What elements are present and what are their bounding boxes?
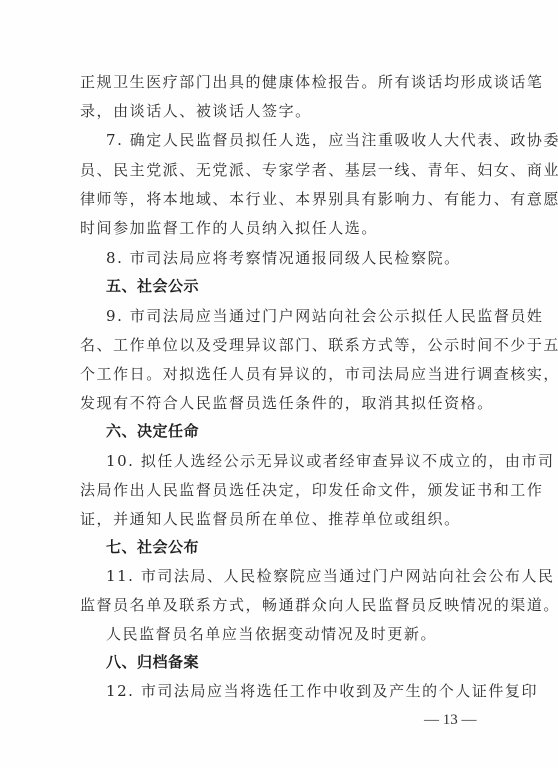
section-heading-5: 五、社会公示 — [106, 276, 482, 296]
paragraph-12-start: 12. 市司法局应当将选任工作中收到及产生的个人证件复印 — [106, 681, 482, 701]
paragraph-10-start: 10. 拟任人选经公示无异议或者经审查异议不成立的，由市司 — [106, 451, 482, 471]
body-line: 录，由谈话人、被谈话人签字。 — [80, 101, 482, 121]
body-line: 正规卫生医疗部门出具的健康体检报告。所有谈话均形成谈话笔 — [80, 72, 482, 92]
paragraph-update: 人民监督员名单应当依据变动情况及时更新。 — [106, 624, 482, 644]
document-page: 正规卫生医疗部门出具的健康体检报告。所有谈话均形成谈话笔 录，由谈话人、被谈话人… — [0, 0, 558, 768]
body-line: 时间参加监督工作的人员纳入拟任人选。 — [80, 218, 482, 238]
page-number: — 13 — — [424, 710, 477, 730]
body-line: 法局作出人民监督员选任决定，印发任命文件，颁发证书和工作 — [80, 480, 482, 500]
body-line: 律师等，将本地域、本行业、本界别具有影响力、有能力、有意愿、有 — [80, 189, 482, 209]
body-line: 发现有不符合人民监督员选任条件的，取消其拟任资格。 — [80, 393, 482, 413]
body-line: 证，并通知人民监督员所在单位、推荐单位或组织。 — [80, 509, 482, 529]
section-heading-8: 八、归档备案 — [106, 652, 482, 672]
body-line: 监督员名单及联系方式，畅通群众向人民监督员反映情况的渠道。 — [80, 595, 482, 615]
section-heading-6: 六、决定任命 — [106, 421, 482, 441]
paragraph-7-start: 7. 确定人民监督员拟任人选，应当注重吸收人大代表、政协委 — [106, 130, 482, 150]
paragraph-11-start: 11. 市司法局、人民检察院应当通过门户网站向社会公布人民 — [106, 566, 482, 586]
body-line: 名、工作单位以及受理异议部门、联系方式等，公示时间不少于五 — [80, 335, 482, 355]
paragraph-8: 8. 市司法局应将考察情况通报同级人民检察院。 — [106, 248, 482, 268]
body-line: 个工作日。对拟选任人员有异议的，市司法局应当进行调查核实， — [80, 364, 482, 384]
paragraph-9-start: 9. 市司法局应当通过门户网站向社会公示拟任人民监督员姓 — [106, 306, 482, 326]
section-heading-7: 七、社会公布 — [106, 537, 482, 557]
body-line: 员、民主党派、无党派、专家学者、基层一线、青年、妇女、商业人士、 — [80, 160, 482, 180]
